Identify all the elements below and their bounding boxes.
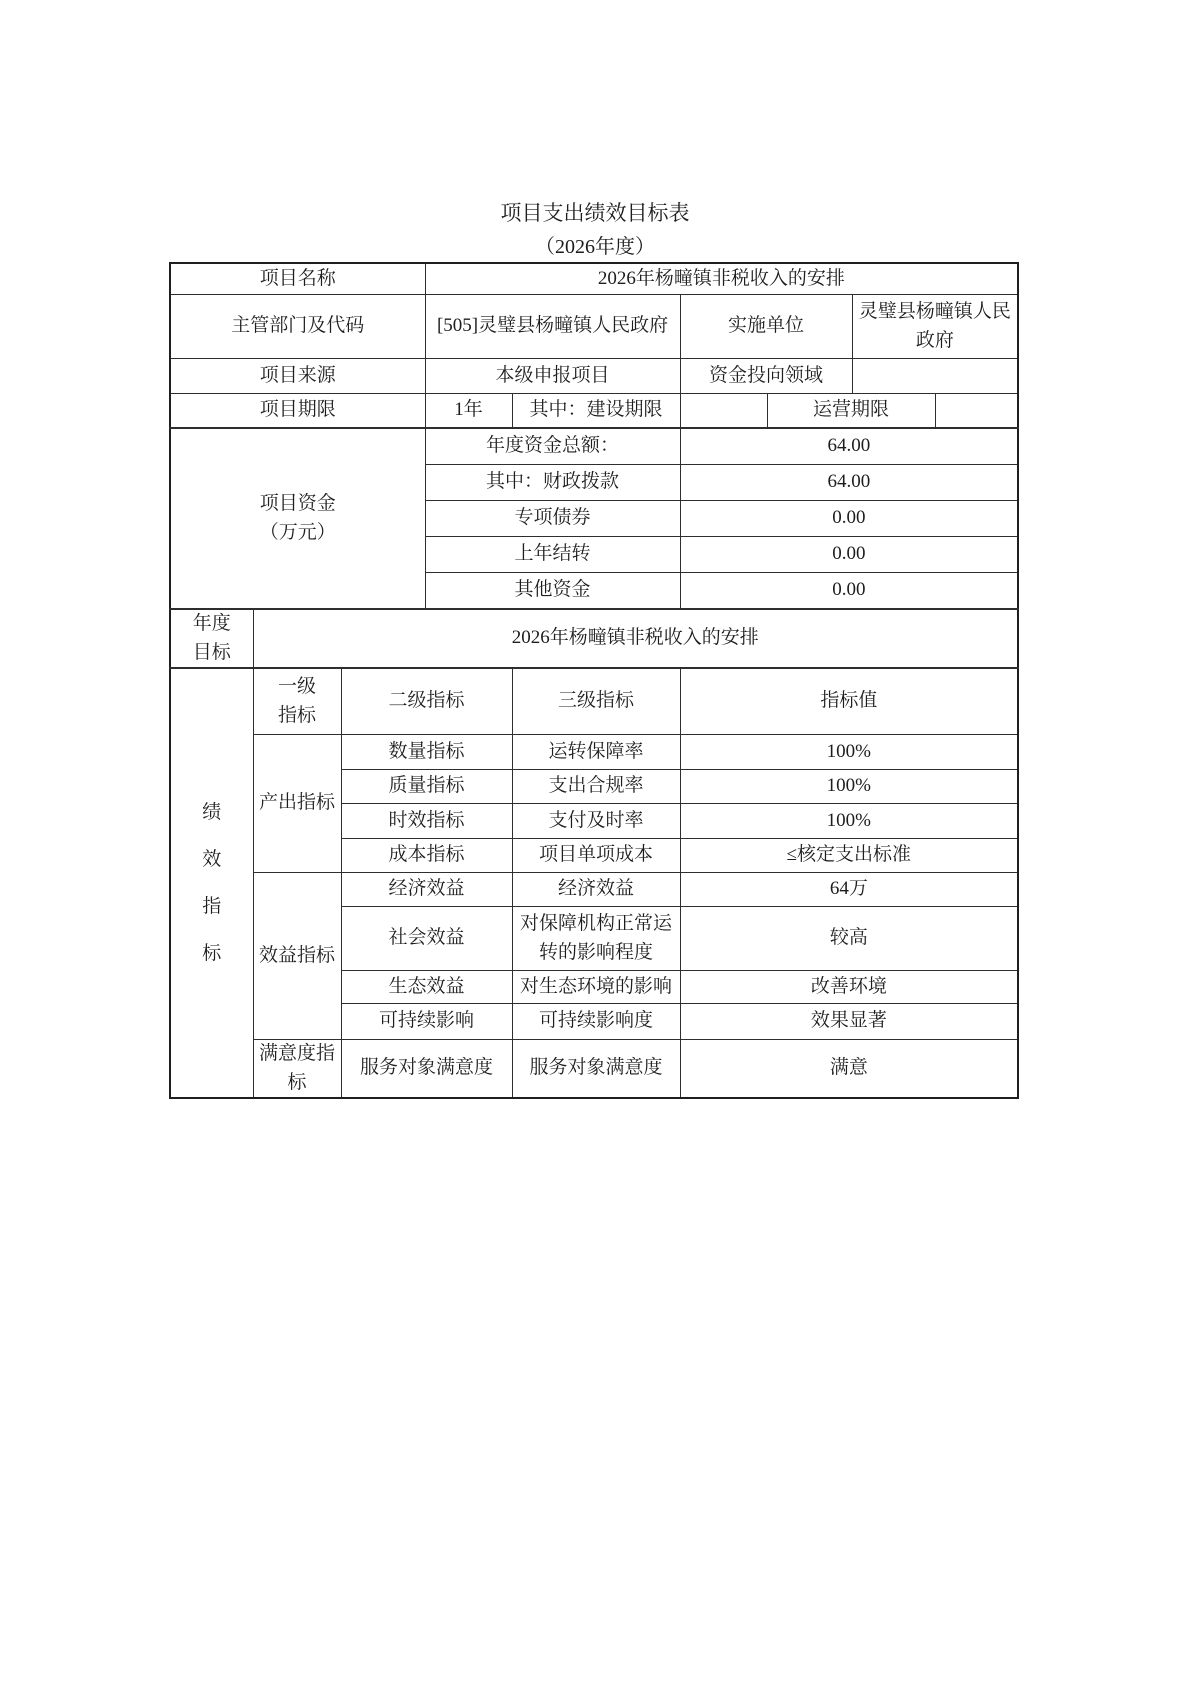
indicator-l3: 项目单项成本 xyxy=(512,839,680,873)
period-label: 项目期限 xyxy=(170,394,425,429)
funds-carryover-label: 上年结转 xyxy=(425,537,680,573)
fund-area-label: 资金投向领域 xyxy=(680,359,852,394)
header-value: 指标值 xyxy=(680,668,1018,735)
source-value: 本级申报项目 xyxy=(425,359,680,394)
indicator-value: ≤核定支出标准 xyxy=(680,839,1018,873)
funds-fiscal-label: 其中：财政拨款 xyxy=(425,465,680,501)
perf-indicators-label: 绩效指标 xyxy=(170,668,253,1098)
indicator-l2: 社会效益 xyxy=(341,907,512,971)
indicator-l3: 支出合规率 xyxy=(512,770,680,804)
group-satisfaction-label: 满意度指标 xyxy=(253,1040,341,1099)
period-value: 1年 xyxy=(425,394,512,429)
fund-area-value xyxy=(852,359,1018,394)
funds-carryover-value: 0.00 xyxy=(680,537,1018,573)
indicator-value: 100% xyxy=(680,804,1018,839)
indicator-l3: 经济效益 xyxy=(512,873,680,907)
indicator-l3: 运转保障率 xyxy=(512,735,680,770)
indicator-l3: 支付及时率 xyxy=(512,804,680,839)
indicator-l3: 对生态环境的影响 xyxy=(512,971,680,1004)
group-benefit-label: 效益指标 xyxy=(253,873,341,1040)
indicator-l2: 经济效益 xyxy=(341,873,512,907)
annual-goal-label: 年度 目标 xyxy=(170,609,253,668)
indicator-value: 满意 xyxy=(680,1040,1018,1099)
indicator-value: 效果显著 xyxy=(680,1004,1018,1040)
document-subtitle: （2026年度） xyxy=(0,233,1190,261)
indicator-value: 100% xyxy=(680,735,1018,770)
impl-unit-label: 实施单位 xyxy=(680,295,852,359)
perf-indicators-label-text: 绩效指标 xyxy=(201,789,223,977)
build-period-label: 其中：建设期限 xyxy=(512,394,680,429)
document-title: 项目支出绩效目标表 xyxy=(0,199,1190,227)
indicator-l3: 可持续影响度 xyxy=(512,1004,680,1040)
funds-label: 项目资金 （万元） xyxy=(170,428,425,609)
project-name-value: 2026年杨疃镇非税收入的安排 xyxy=(425,263,1018,295)
department-label: 主管部门及代码 xyxy=(170,295,425,359)
oper-period-label: 运营期限 xyxy=(767,394,935,429)
indicator-value: 较高 xyxy=(680,907,1018,971)
funds-total-value: 64.00 xyxy=(680,428,1018,465)
indicator-l2: 可持续影响 xyxy=(341,1004,512,1040)
funds-bond-value: 0.00 xyxy=(680,501,1018,537)
document-page: 项目支出绩效目标表 （2026年度） 项目名称 2026年杨疃镇非税收入的安排 … xyxy=(0,0,1190,1684)
funds-total-label: 年度资金总额： xyxy=(425,428,680,465)
indicator-l2: 质量指标 xyxy=(341,770,512,804)
funds-other-value: 0.00 xyxy=(680,573,1018,610)
impl-unit-value: 灵璧县杨疃镇人民政府 xyxy=(852,295,1018,359)
performance-target-table: 项目名称 2026年杨疃镇非税收入的安排 主管部门及代码 [505]灵璧县杨疃镇… xyxy=(169,262,1019,1099)
indicator-l2: 服务对象满意度 xyxy=(341,1040,512,1099)
source-label: 项目来源 xyxy=(170,359,425,394)
indicator-l2: 时效指标 xyxy=(341,804,512,839)
indicator-value: 改善环境 xyxy=(680,971,1018,1004)
department-value: [505]灵璧县杨疃镇人民政府 xyxy=(425,295,680,359)
indicator-value: 100% xyxy=(680,770,1018,804)
indicator-l2: 成本指标 xyxy=(341,839,512,873)
oper-period-value xyxy=(935,394,1018,429)
project-name-label: 项目名称 xyxy=(170,263,425,295)
indicator-l2: 生态效益 xyxy=(341,971,512,1004)
annual-goal-value: 2026年杨疃镇非税收入的安排 xyxy=(253,609,1018,668)
header-level3: 三级指标 xyxy=(512,668,680,735)
build-period-value xyxy=(680,394,767,429)
funds-bond-label: 专项债券 xyxy=(425,501,680,537)
group-output-label: 产出指标 xyxy=(253,735,341,873)
indicator-value: 64万 xyxy=(680,873,1018,907)
header-level2: 二级指标 xyxy=(341,668,512,735)
funds-fiscal-value: 64.00 xyxy=(680,465,1018,501)
funds-other-label: 其他资金 xyxy=(425,573,680,610)
header-level1: 一级 指标 xyxy=(253,668,341,735)
indicator-l2: 数量指标 xyxy=(341,735,512,770)
indicator-l3: 服务对象满意度 xyxy=(512,1040,680,1099)
indicator-l3: 对保障机构正常运转的影响程度 xyxy=(512,907,680,971)
